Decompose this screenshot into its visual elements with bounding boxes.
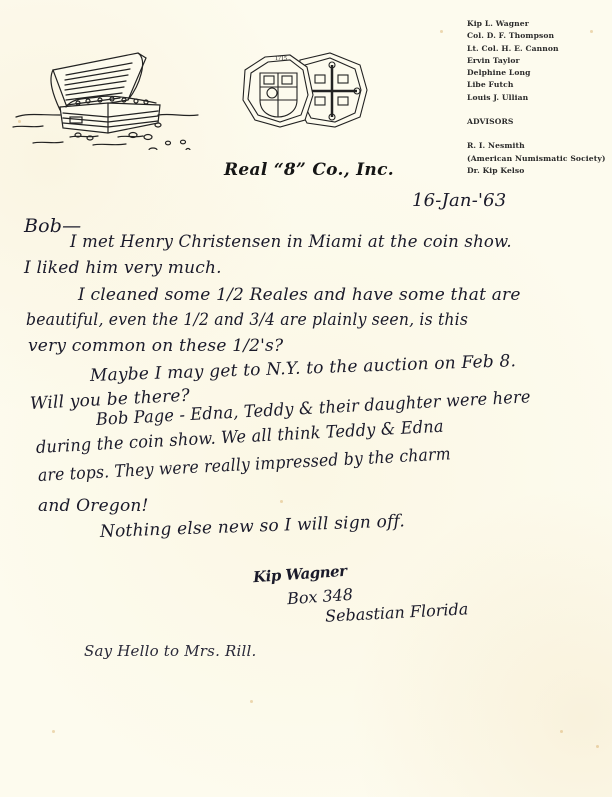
svg-text:1715: 1715 — [275, 56, 287, 62]
letter-line: Maybe I may get to N.Y. to the auction o… — [90, 351, 517, 386]
paper-stain — [280, 500, 283, 503]
advisor-name: Dr. Kip Kelso — [467, 165, 606, 177]
officer-name: Louis J. Ullian — [467, 92, 606, 104]
officer-name: Ervin Taylor — [467, 55, 606, 67]
letter-line: and Oregon! — [38, 496, 149, 516]
officers-list: Kip L. Wagner Col. D. F. Thompson Lt. Co… — [467, 18, 606, 177]
advisor-affiliation: (American Numismatic Society) — [467, 153, 606, 165]
spanish-coins-icon: 1715 — [235, 45, 375, 135]
signature: Kip Wagner — [252, 562, 347, 586]
letter-page: 1715 Kip L. Wagner Col. D. F. Thompson L… — [0, 0, 612, 797]
officer-name: Delphine Long — [467, 67, 606, 79]
letter-line: I cleaned some 1/2 Reales and have some … — [78, 285, 521, 305]
officer-name: Libe Futch — [467, 79, 606, 91]
advisors-heading: ADVISORS — [467, 116, 606, 128]
paper-stain — [596, 745, 599, 748]
officer-name: Lt. Col. H. E. Cannon — [467, 43, 606, 55]
officer-name: Kip L. Wagner — [467, 18, 606, 30]
paper-stain — [440, 30, 443, 33]
paper-stain — [52, 730, 55, 733]
letter-line: very common on these 1/2's? — [28, 336, 283, 356]
letter-date: 16-Jan-'63 — [412, 190, 506, 211]
officer-name: Col. D. F. Thompson — [467, 30, 606, 42]
postscript: Say Hello to Mrs. Rill. — [84, 642, 256, 660]
advisor-name: R. I. Nesmith — [467, 140, 606, 152]
company-name: Real “8” Co., Inc. — [224, 160, 394, 180]
letter-line: beautiful, even the 1/2 and 3/4 are plai… — [26, 310, 468, 330]
paper-stain — [560, 730, 563, 733]
letter-line: I liked him very much. — [24, 258, 222, 278]
paper-stain — [250, 700, 253, 703]
letter-line: I met Henry Christensen in Miami at the … — [70, 232, 512, 252]
treasure-chest-icon — [8, 25, 203, 150]
